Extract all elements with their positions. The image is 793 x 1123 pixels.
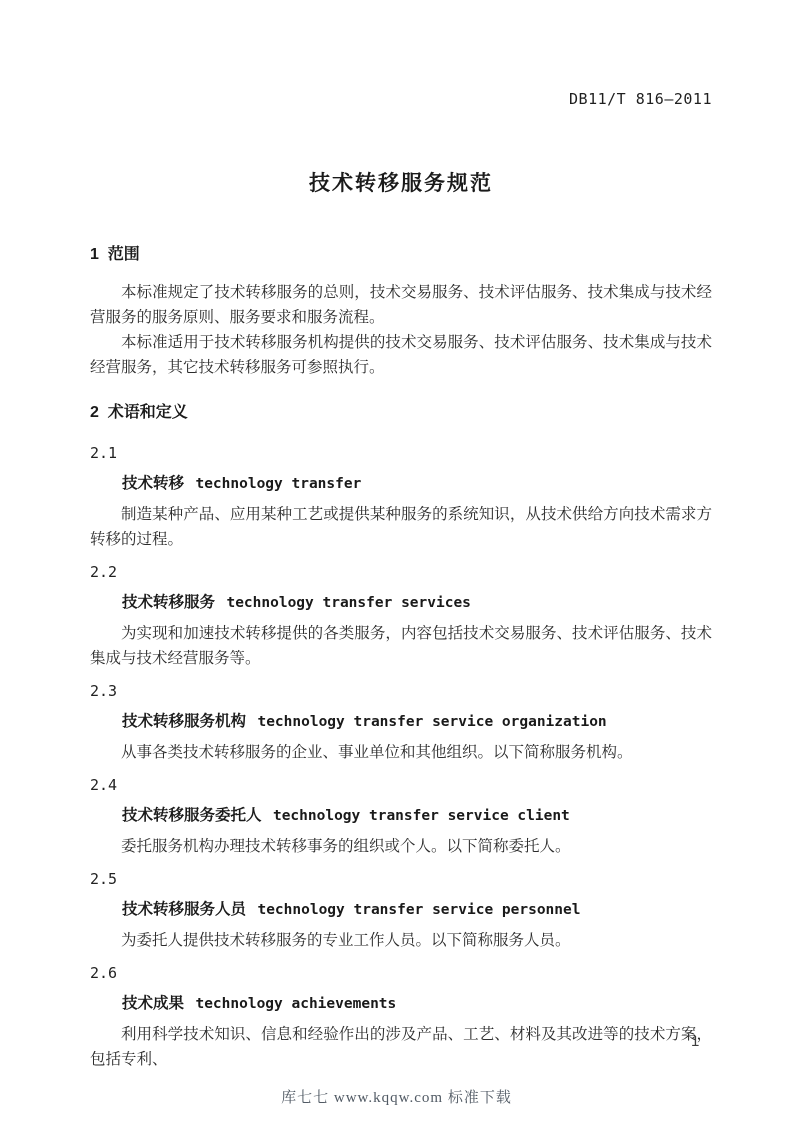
document-page: DB11/T 816—2011 技术转移服务规范 1 范围 本标准规定了技术转移…: [0, 0, 793, 1123]
term-definition: 委托服务机构办理技术转移事务的组织或个人。以下简称委托人。: [90, 834, 712, 859]
term-name-en: technology transfer: [195, 476, 361, 492]
term-name-zh: 技术转移服务委托人: [122, 807, 262, 824]
term-name-zh: 技术转移服务机构: [122, 713, 246, 730]
term-name: 技术转移服务人员 technology transfer service per…: [90, 897, 712, 923]
term-name-zh: 技术转移服务人员: [122, 901, 246, 918]
term-name-zh: 技术转移: [122, 475, 184, 492]
term-name: 技术成果 technology achievements: [90, 991, 712, 1017]
watermark: 库七七 www.kqqw.com 标准下载: [0, 1089, 793, 1107]
section-heading-terms: 2 术语和定义: [90, 400, 712, 425]
term-name-en: technology transfer service personnel: [257, 902, 580, 918]
term-number: 2.6: [90, 961, 712, 986]
term-name-zh: 技术成果: [122, 995, 184, 1012]
term-name: 技术转移服务 technology transfer services: [90, 590, 712, 616]
term-name-en: technology transfer service organization: [257, 714, 606, 730]
term-definition: 为实现和加速技术转移提供的各类服务，内容包括技术交易服务、技术评估服务、技术集成…: [90, 621, 712, 671]
section-heading-scope: 1 范围: [90, 242, 712, 267]
term-number: 2.1: [90, 441, 712, 466]
document-ref: DB11/T 816—2011: [90, 90, 712, 108]
term-definition: 从事各类技术转移服务的企业、事业单位和其他组织。以下简称服务机构。: [90, 740, 712, 765]
scope-paragraphs: 本标准规定了技术转移服务的总则，技术交易服务、技术评估服务、技术集成与技术经营服…: [90, 280, 712, 380]
page-number: 1: [691, 1033, 699, 1051]
scope-paragraph: 本标准适用于技术转移服务机构提供的技术交易服务、技术评估服务、技术集成与技术经营…: [90, 330, 712, 380]
term-definition: 为委托人提供技术转移服务的专业工作人员。以下简称服务人员。: [90, 928, 712, 953]
term-name-en: technology transfer service client: [273, 808, 570, 824]
term-number: 2.5: [90, 867, 712, 892]
term-name-zh: 技术转移服务: [122, 594, 215, 611]
document-title: 技术转移服务规范: [90, 168, 712, 200]
scope-paragraph: 本标准规定了技术转移服务的总则，技术交易服务、技术评估服务、技术集成与技术经营服…: [90, 280, 712, 330]
term-number: 2.3: [90, 679, 712, 704]
term-name: 技术转移服务机构 technology transfer service org…: [90, 709, 712, 735]
page-content: DB11/T 816—2011 技术转移服务规范 1 范围 本标准规定了技术转移…: [0, 0, 793, 1072]
term-number: 2.2: [90, 560, 712, 585]
term-name: 技术转移 technology transfer: [90, 471, 712, 497]
term-name-en: technology achievements: [195, 996, 396, 1012]
term-definition: 制造某种产品、应用某种工艺或提供某种服务的系统知识，从技术供给方向技术需求方转移…: [90, 502, 712, 552]
term-name: 技术转移服务委托人 technology transfer service cl…: [90, 803, 712, 829]
term-name-en: technology transfer services: [226, 595, 470, 611]
term-definition: 利用科学技术知识、信息和经验作出的涉及产品、工艺、材料及其改进等的技术方案，包括…: [90, 1022, 712, 1072]
term-number: 2.4: [90, 773, 712, 798]
